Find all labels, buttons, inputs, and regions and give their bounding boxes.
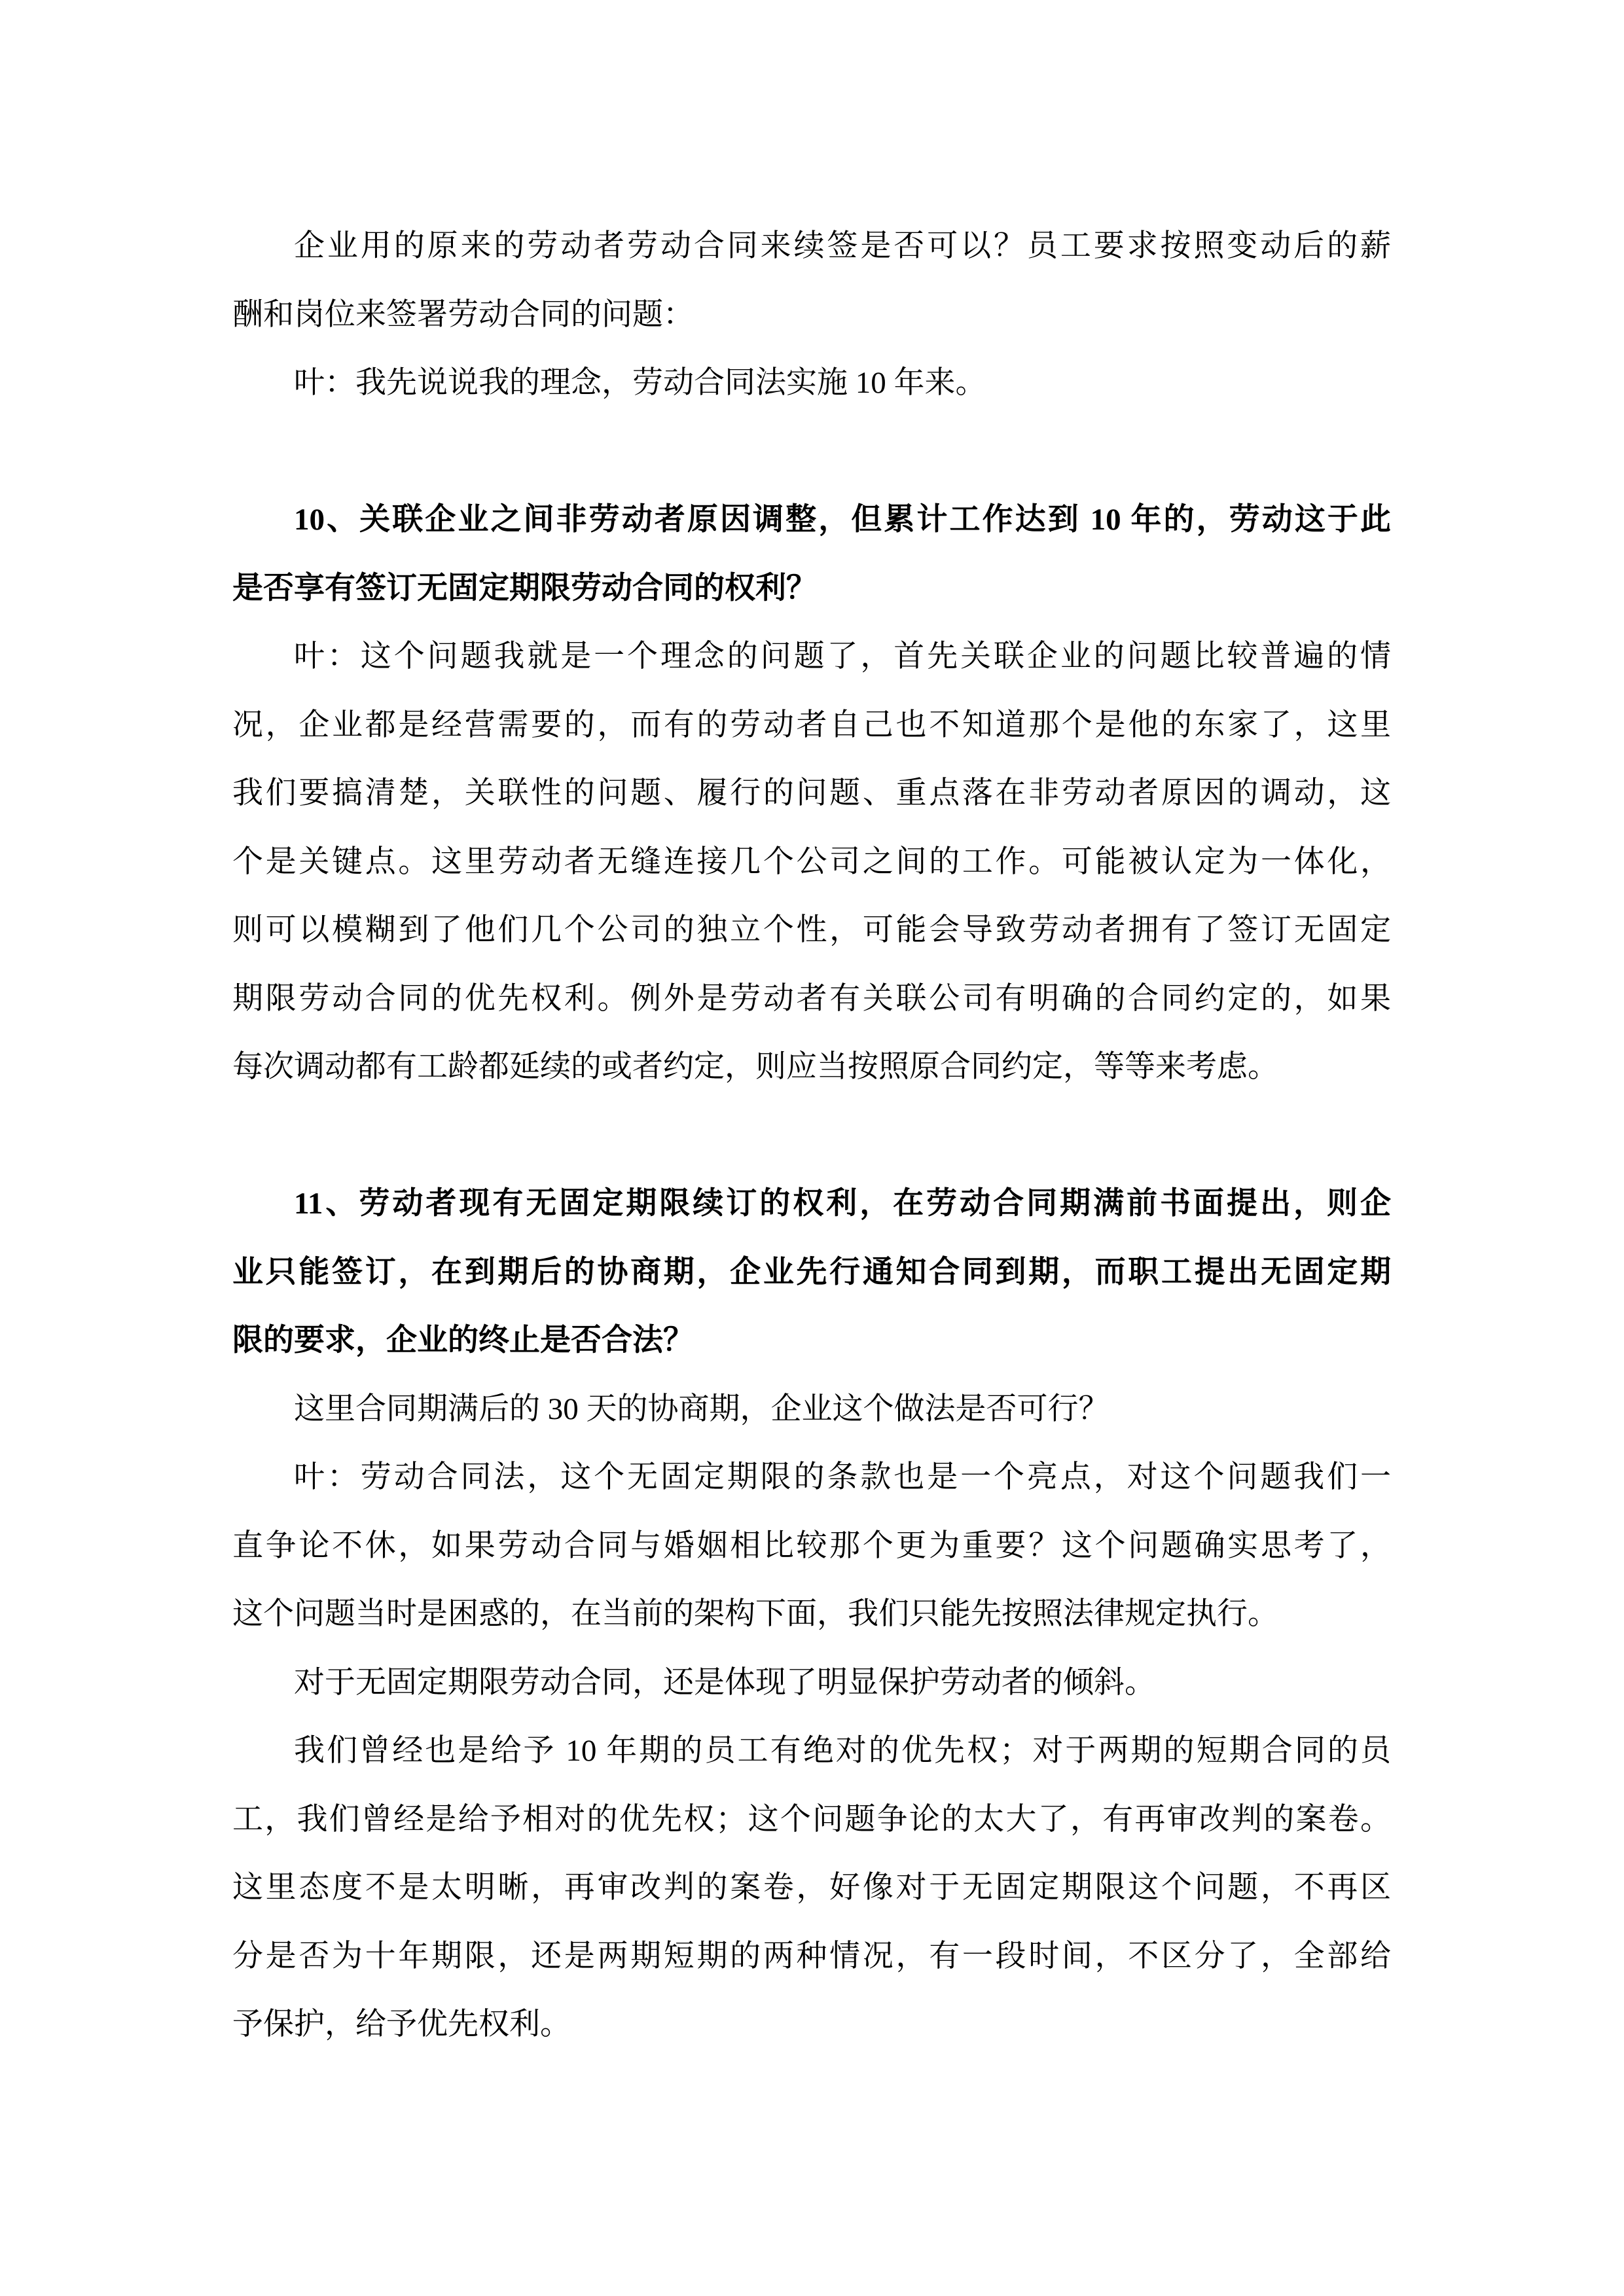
paragraph: 企业用的原来的劳动者劳动合同来续签是否可以？员工要求按照变动后的薪酬和岗位来签署… [232,212,1391,349]
paragraph: 叶：劳动合同法，这个无固定期限的条款也是一个亮点，对这个问题我们一直争论不休，如… [232,1443,1391,1649]
question-heading: 11、劳动者现有无固定期限续订的权利，在劳动合同期满前书面提出，则企业只能签订，… [232,1170,1391,1375]
text-line: 酬和岗位来签署劳动合同的问题： [232,281,1391,350]
paragraph: 这里合同期满后的 30 天的协商期，企业这个做法是否可行？ [232,1375,1391,1444]
paragraph: 我们曾经也是给予 10 年期的员工有绝对的优先权；对于两期的短期合同的员工，我们… [232,1717,1391,2059]
text-line: 叶：我先说说我的理念，劳动合同法实施 10 年来。 [232,349,1391,418]
text-line: 业只能签订，在到期后的协商期，企业先行通知合同到期，而职工提出无固定期 [232,1238,1391,1307]
text-line: 我们曾经也是给予 10 年期的员工有绝对的优先权；对于两期的短期合同的员 [232,1717,1391,1785]
document-page: 企业用的原来的劳动者劳动合同来续签是否可以？员工要求按照变动后的薪酬和岗位来签署… [0,0,1624,2296]
paragraph: 叶：我先说说我的理念，劳动合同法实施 10 年来。 [232,349,1391,418]
text-line: 这里态度不是太明晰，再审改判的案卷，好像对于无固定期限这个问题，不再区 [232,1854,1391,1922]
text-line: 工，我们曾经是给予相对的优先权；这个问题争论的太大了，有再审改判的案卷。 [232,1785,1391,1854]
text-line: 予保护，给予优先权利。 [232,1990,1391,2059]
text-line: 况，企业都是经营需要的，而有的劳动者自己也不知道那个是他的东家了，这里 [232,691,1391,760]
text-line: 每次调动都有工龄都延续的或者约定，则应当按照原合同约定，等等来考虑。 [232,1033,1391,1102]
text-line: 是否享有签订无固定期限劳动合同的权利？ [232,554,1391,623]
paragraph: 叶：这个问题我就是一个理念的问题了，首先关联企业的问题比较普遍的情况，企业都是经… [232,622,1391,1102]
text-line: 个是关键点。这里劳动者无缝连接几个公司之间的工作。可能被认定为一体化， [232,828,1391,897]
text-line: 我们要搞清楚，关联性的问题、履行的问题、重点落在非劳动者原因的调动，这 [232,759,1391,828]
text-line: 这个问题当时是困惑的，在当前的架构下面，我们只能先按照法律规定执行。 [232,1580,1391,1649]
question-heading: 10、关联企业之间非劳动者原因调整，但累计工作达到 10 年的，劳动这于此是否享… [232,486,1391,622]
text-line: 限的要求，企业的终止是否合法？ [232,1306,1391,1375]
text-line: 期限劳动合同的优先权利。例外是劳动者有关联公司有明确的合同约定的，如果 [232,965,1391,1033]
text-line: 则可以模糊到了他们几个公司的独立个性，可能会导致劳动者拥有了签订无固定 [232,896,1391,965]
paragraph: 对于无固定期限劳动合同，还是体现了明显保护劳动者的倾斜。 [232,1649,1391,1717]
text-line: 企业用的原来的劳动者劳动合同来续签是否可以？员工要求按照变动后的薪 [232,212,1391,281]
text-line: 叶：劳动合同法，这个无固定期限的条款也是一个亮点，对这个问题我们一 [232,1443,1391,1512]
text-line: 直争论不休，如果劳动合同与婚姻相比较那个更为重要？这个问题确实思考了， [232,1512,1391,1581]
text-line: 11、劳动者现有无固定期限续订的权利，在劳动合同期满前书面提出，则企 [232,1170,1391,1238]
text-line: 10、关联企业之间非劳动者原因调整，但累计工作达到 10 年的，劳动这于此 [232,486,1391,554]
text-line: 这里合同期满后的 30 天的协商期，企业这个做法是否可行？ [232,1375,1391,1444]
text-line: 叶：这个问题我就是一个理念的问题了，首先关联企业的问题比较普遍的情 [232,622,1391,691]
text-line: 分是否为十年期限，还是两期短期的两种情况，有一段时间，不区分了，全部给 [232,1922,1391,1991]
text-line: 对于无固定期限劳动合同，还是体现了明显保护劳动者的倾斜。 [232,1649,1391,1717]
document-content: 企业用的原来的劳动者劳动合同来续签是否可以？员工要求按照变动后的薪酬和岗位来签署… [232,212,1391,2059]
